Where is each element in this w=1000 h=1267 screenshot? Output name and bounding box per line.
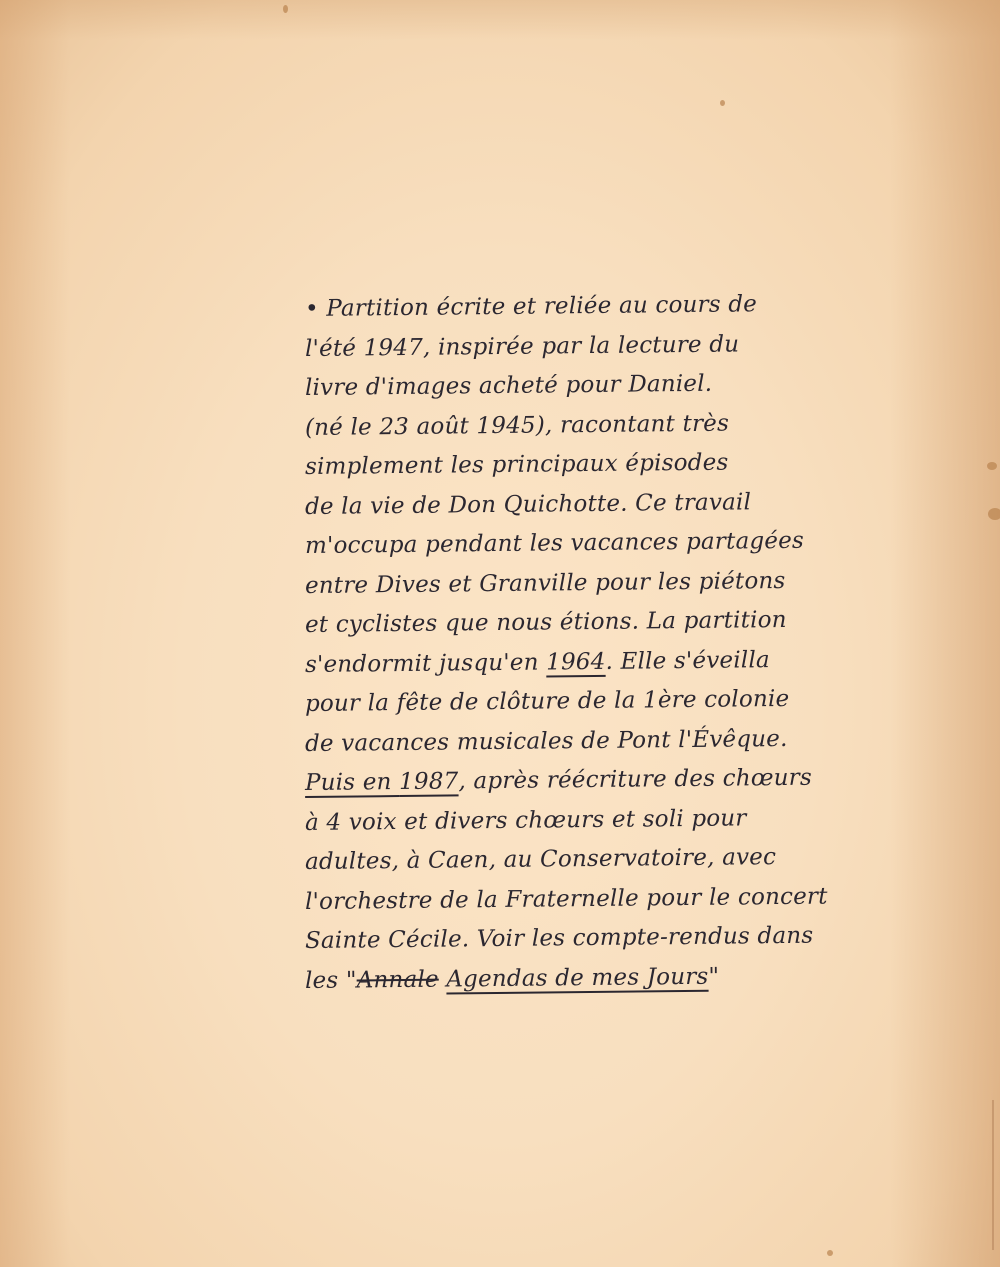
text-line: Sainte Cécile. Voir les compte-rendus da…	[305, 916, 845, 961]
text-line: l'orchestre de la Fraternelle pour le co…	[305, 877, 845, 922]
text-line: l'été 1947, inspirée par la lecture du	[305, 324, 845, 369]
text-line: livre d'images acheté pour Daniel.	[305, 363, 845, 408]
text-fragment: . Elle s'éveilla	[605, 647, 770, 675]
text-fragment: les "	[305, 967, 357, 994]
underlined-year: 1964	[546, 648, 606, 675]
paper-stain-left	[0, 0, 70, 1267]
text-fragment: , après réécriture des chœurs	[458, 765, 812, 795]
text-line: de la vie de Don Quichotte. Ce travail	[305, 482, 845, 527]
foxing-spot	[720, 100, 725, 106]
text-line: Puis en 1987, après réécriture des chœur…	[305, 758, 845, 803]
text-line: adultes, à Caen, au Conservatoire, avec	[305, 837, 845, 882]
foxing-spot	[987, 462, 997, 470]
text-fragment: "	[708, 963, 719, 989]
text-fragment: Puis en	[305, 769, 399, 796]
foxing-spot	[988, 508, 1000, 520]
text-line: pour la fête de clôture de la 1ère colon…	[305, 679, 845, 724]
struck-word: Annale	[357, 966, 439, 993]
paper-stain-top	[0, 0, 1000, 40]
text-line: s'endormit jusqu'en 1964. Elle s'éveilla	[305, 640, 845, 685]
text-line: • Partition écrite et reliée au cours de	[305, 284, 845, 329]
underlined-year: 1987	[399, 768, 459, 795]
text-line: les "Annale Agendas de mes Jours"	[305, 956, 845, 1001]
text-line: à 4 voix et divers chœurs et soli pour	[305, 798, 845, 843]
text-line: simplement les principaux épisodes	[305, 442, 845, 487]
handwritten-text: • Partition écrite et reliée au cours de…	[305, 290, 845, 1001]
underlined-title: Agendas de mes Jours	[446, 963, 708, 992]
text-line: entre Dives et Granville pour les piéton…	[305, 561, 845, 606]
document-page: • Partition écrite et reliée au cours de…	[0, 0, 1000, 1267]
text-line: m'occupa pendant les vacances partagées	[305, 521, 845, 566]
text-line: (né le 23 août 1945), racontant très	[305, 403, 845, 448]
text-fragment: s'endormit jusqu'en	[305, 649, 546, 678]
foxing-spot	[827, 1250, 833, 1256]
page-edge	[992, 1100, 994, 1250]
foxing-spot	[283, 5, 288, 13]
text-line: et cyclistes que nous étions. La partiti…	[305, 600, 845, 645]
text-line: de vacances musicales de Pont l'Évêque.	[305, 719, 845, 764]
paper-stain-right	[890, 0, 1000, 1267]
